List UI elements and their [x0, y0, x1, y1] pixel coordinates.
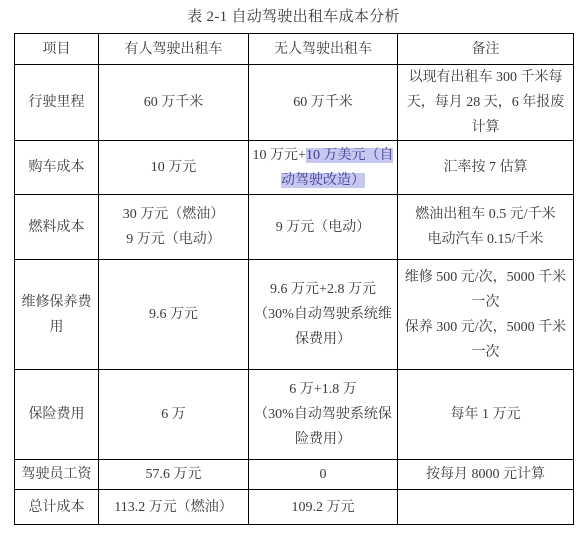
cell-item: 驾驶员工资	[15, 460, 99, 490]
cell-line: 10 万元	[102, 155, 245, 180]
cost-analysis-table: 项目有人驾驶出租车无人驾驶出租车备注 行驶里程60 万千米60 万千米以现有出租…	[14, 33, 574, 525]
cell-line: 30 万元（燃油）	[102, 202, 245, 227]
cell-unmanned: 109.2 万元	[249, 490, 398, 525]
cell-note: 燃油出租车 0.5 元/千米电动汽车 0.15/千米	[398, 195, 574, 260]
cell-line: 总计成本	[18, 495, 95, 520]
cell-item: 购车成本	[15, 141, 99, 195]
cell-line: 0	[252, 462, 394, 487]
cell-line: 电动汽车 0.15/千米	[401, 227, 570, 252]
cell-manned: 57.6 万元	[99, 460, 249, 490]
cell-manned: 10 万元	[99, 141, 249, 195]
cell-unmanned: 9.6 万元+2.8 万元（30%自动驾驶系统维保费用）	[249, 260, 398, 370]
highlighted-text: 动驾驶改造）	[281, 173, 365, 188]
cell-manned: 60 万千米	[99, 65, 249, 141]
cell-line: 9 万元（电动）	[102, 227, 245, 252]
cell-manned: 30 万元（燃油）9 万元（电动）	[99, 195, 249, 260]
table-row: 驾驶员工资57.6 万元0按每月 8000 元计算	[15, 460, 574, 490]
cell-line: 动驾驶改造）	[252, 168, 394, 193]
column-header: 无人驾驶出租车	[249, 34, 398, 65]
cell-line: （30%自动驾驶系统维	[252, 302, 394, 327]
cell-item: 燃料成本	[15, 195, 99, 260]
cell-line: 60 万千米	[252, 90, 394, 115]
highlighted-text: 10 万美元（自	[306, 148, 394, 163]
table-title: 表 2-1 自动驾驶出租车成本分析	[0, 7, 587, 27]
column-header: 有人驾驶出租车	[99, 34, 249, 65]
cell-line: 10 万元+10 万美元（自	[252, 143, 394, 168]
table-row: 维修保养费用9.6 万元9.6 万元+2.8 万元（30%自动驾驶系统维保费用）…	[15, 260, 574, 370]
cell-item: 维修保养费用	[15, 260, 99, 370]
cell-note: 维修 500 元/次，5000 千米一次保养 300 元/次，5000 千米一次	[398, 260, 574, 370]
cell-note: 汇率按 7 估算	[398, 141, 574, 195]
cell-line: 保养 300 元/次，5000 千米	[401, 315, 570, 340]
cell-line: 109.2 万元	[252, 495, 394, 520]
cell-line: 每年 1 万元	[401, 402, 570, 427]
cell-line: 113.2 万元（燃油）	[102, 495, 245, 520]
cell-line: 保费用）	[252, 327, 394, 352]
cell-line: 6 万	[102, 402, 245, 427]
table-row: 行驶里程60 万千米60 万千米以现有出租车 300 千米每天，每月 28 天，…	[15, 65, 574, 141]
cell-line: 驾驶员工资	[18, 462, 95, 487]
cell-line: 一次	[401, 340, 570, 365]
cell-unmanned: 9 万元（电动）	[249, 195, 398, 260]
table-row: 保险费用6 万6 万+1.8 万（30%自动驾驶系统保险费用）每年 1 万元	[15, 370, 574, 460]
cell-line: 9.6 万元+2.8 万元	[252, 277, 394, 302]
cell-item: 行驶里程	[15, 65, 99, 141]
cell-line: 以现有出租车 300 千米每	[401, 65, 570, 90]
cell-line: 一次	[401, 290, 570, 315]
cell-line: 行驶里程	[18, 90, 95, 115]
column-header: 备注	[398, 34, 574, 65]
cell-line: 汇率按 7 估算	[401, 155, 570, 180]
table-row: 购车成本10 万元10 万元+10 万美元（自动驾驶改造）汇率按 7 估算	[15, 141, 574, 195]
cell-unmanned: 60 万千米	[249, 65, 398, 141]
cell-line: 维修 500 元/次，5000 千米	[401, 265, 570, 290]
cell-unmanned: 6 万+1.8 万（30%自动驾驶系统保险费用）	[249, 370, 398, 460]
cell-line: 维修保养费	[18, 290, 95, 315]
text-segment: 10 万元+	[253, 148, 306, 163]
table-row: 燃料成本30 万元（燃油）9 万元（电动）9 万元（电动）燃油出租车 0.5 元…	[15, 195, 574, 260]
cell-manned: 113.2 万元（燃油）	[99, 490, 249, 525]
cell-manned: 6 万	[99, 370, 249, 460]
cell-line: 57.6 万元	[102, 462, 245, 487]
cell-line: 9 万元（电动）	[252, 215, 394, 240]
cell-line: 购车成本	[18, 155, 95, 180]
cell-line: 天，每月 28 天，6 年报废	[401, 90, 570, 115]
cell-unmanned: 10 万元+10 万美元（自动驾驶改造）	[249, 141, 398, 195]
header-row: 项目有人驾驶出租车无人驾驶出租车备注	[15, 34, 574, 65]
cell-line: 保险费用	[18, 402, 95, 427]
cell-line: 60 万千米	[102, 90, 245, 115]
cell-note	[398, 490, 574, 525]
cell-manned: 9.6 万元	[99, 260, 249, 370]
cell-line: 险费用）	[252, 427, 394, 452]
cell-note: 按每月 8000 元计算	[398, 460, 574, 490]
cell-line: 6 万+1.8 万	[252, 377, 394, 402]
cell-line: 燃料成本	[18, 215, 95, 240]
cell-unmanned: 0	[249, 460, 398, 490]
column-header: 项目	[15, 34, 99, 65]
table-row: 总计成本113.2 万元（燃油）109.2 万元	[15, 490, 574, 525]
cell-line: （30%自动驾驶系统保	[252, 402, 394, 427]
cell-item: 保险费用	[15, 370, 99, 460]
cell-line: 计算	[401, 115, 570, 140]
cell-note: 以现有出租车 300 千米每天，每月 28 天，6 年报废计算	[398, 65, 574, 141]
cell-line: 用	[18, 315, 95, 340]
cell-line: 9.6 万元	[102, 302, 245, 327]
table-body: 行驶里程60 万千米60 万千米以现有出租车 300 千米每天，每月 28 天，…	[15, 65, 574, 525]
cell-line: 燃油出租车 0.5 元/千米	[401, 202, 570, 227]
cell-note: 每年 1 万元	[398, 370, 574, 460]
cell-line: 按每月 8000 元计算	[401, 462, 570, 487]
cell-item: 总计成本	[15, 490, 99, 525]
